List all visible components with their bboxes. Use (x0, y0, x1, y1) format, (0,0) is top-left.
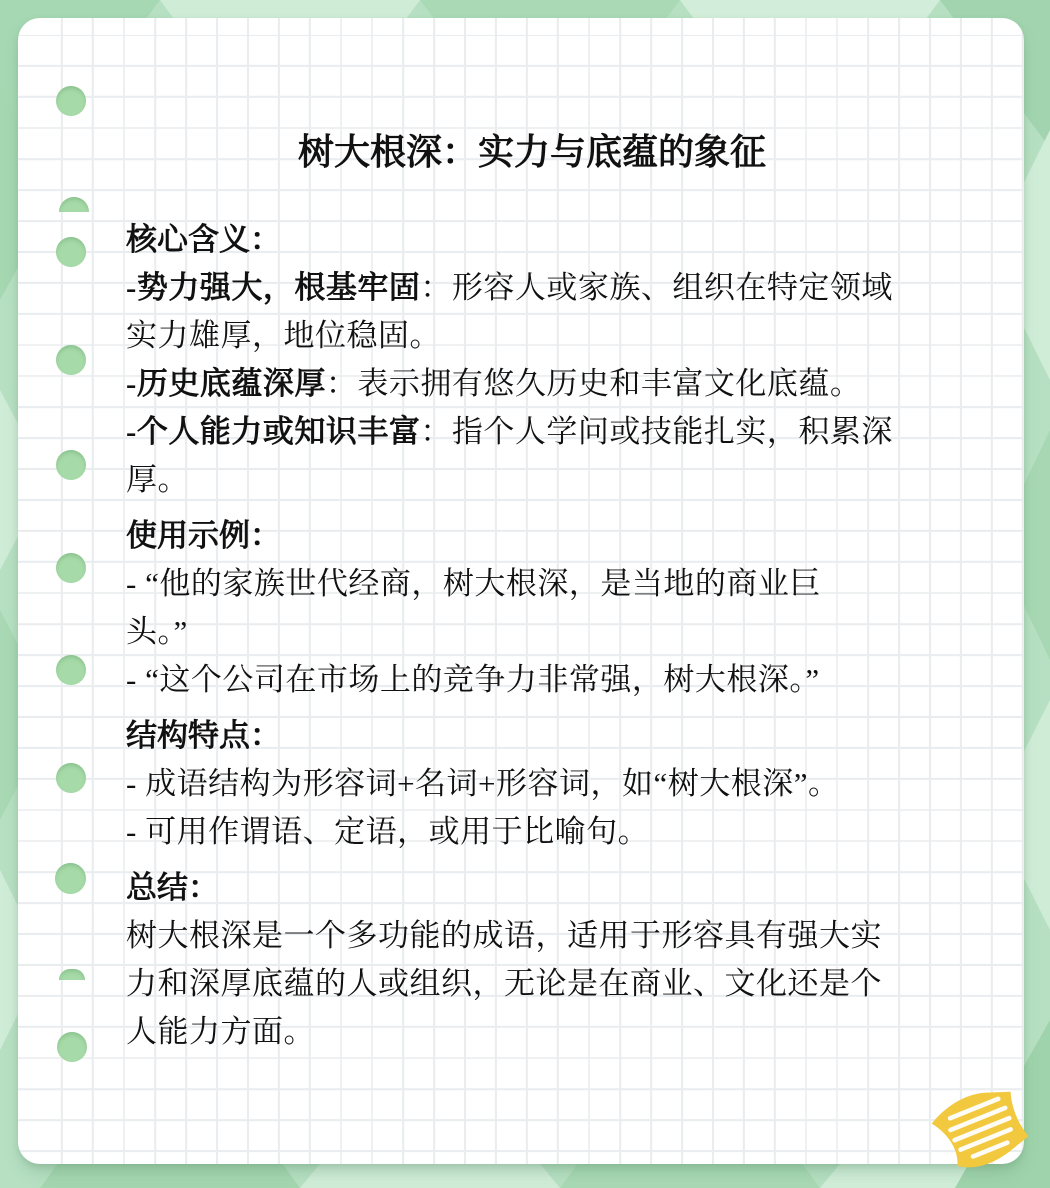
section-heading: 使用示例： (126, 512, 938, 560)
section-heading: 核心含义： (126, 216, 938, 264)
text-line: -势力强大，根基牢固：形容人或家族、组织在特定领域 (126, 264, 938, 312)
bold-term: -个人能力或知识丰富 (126, 414, 420, 449)
binder-hole-icon (56, 345, 86, 375)
binder-hole-icon (59, 969, 85, 980)
binder-hole-icon (56, 553, 86, 583)
text-line: - “他的家族世代经商，树大根深，是当地的商业巨 (126, 560, 938, 608)
binder-hole-icon (56, 237, 86, 267)
text-line: 树大根深是一个多功能的成语，适用于形容具有强大实 (126, 912, 938, 960)
text-line: - 可用作谓语、定语，或用于比喻句。 (126, 808, 938, 856)
text-run: 力和深厚底蕴的人或组织，无论是在商业、文化还是个 (126, 966, 882, 1001)
section-heading: 结构特点： (126, 712, 938, 760)
text-line: - 成语结构为形容词+名词+形容词，如“树大根深”。 (126, 760, 938, 808)
text-run: 厚。 (126, 462, 189, 497)
text-run: 实力雄厚，地位稳固。 (126, 318, 441, 353)
binder-hole-icon (56, 86, 86, 116)
text-line: - “这个公司在市场上的竞争力非常强，树大根深。” (126, 656, 938, 704)
binder-hole-icon (56, 655, 86, 685)
section-heading: 总结： (126, 864, 938, 912)
text-run: 树大根深是一个多功能的成语，适用于形容具有强大实 (126, 918, 882, 953)
text-line: 力和深厚底蕴的人或组织，无论是在商业、文化还是个 (126, 960, 938, 1008)
binder-hole-icon (56, 763, 86, 793)
text-run: - “他的家族世代经商，树大根深，是当地的商业巨 (126, 566, 821, 601)
bold-term: -历史底蕴深厚 (126, 366, 326, 401)
binder-hole-icon (56, 450, 86, 480)
text-line: 厚。 (126, 456, 938, 504)
note-paper-icon (920, 1076, 1040, 1188)
text-run: 头。” (126, 614, 188, 649)
text-run: - 成语结构为形容词+名词+形容词，如“树大根深”。 (126, 766, 840, 801)
text-run: 人能力方面。 (126, 1014, 315, 1049)
page-background: 树大根深：实力与底蕴的象征 核心含义：-势力强大，根基牢固：形容人或家族、组织在… (0, 0, 1050, 1188)
page-title: 树大根深：实力与底蕴的象征 (126, 130, 938, 174)
note-card: 树大根深：实力与底蕴的象征 核心含义：-势力强大，根基牢固：形容人或家族、组织在… (18, 18, 1024, 1164)
text-run: - 可用作谓语、定语，或用于比喻句。 (126, 814, 649, 849)
note-content: 树大根深：实力与底蕴的象征 核心含义：-势力强大，根基牢固：形容人或家族、组织在… (126, 18, 938, 1056)
text-line: -历史底蕴深厚：表示拥有悠久历史和丰富文化底蕴。 (126, 360, 938, 408)
text-run: - “这个公司在市场上的竞争力非常强，树大根深。” (126, 662, 820, 697)
text-line: 人能力方面。 (126, 1008, 938, 1056)
text-run: ：表示拥有悠久历史和丰富文化底蕴。 (326, 366, 862, 401)
text-line: 实力雄厚，地位稳固。 (126, 312, 938, 360)
text-run: ：指个人学问或技能扎实，积累深 (420, 414, 893, 449)
text-run: ：形容人或家族、组织在特定领域 (420, 270, 893, 305)
note-sections: 核心含义：-势力强大，根基牢固：形容人或家族、组织在特定领域实力雄厚，地位稳固。… (126, 216, 938, 1056)
binder-hole-icon (57, 1032, 87, 1062)
binder-hole-icon (55, 863, 86, 894)
text-line: -个人能力或知识丰富：指个人学问或技能扎实，积累深 (126, 408, 938, 456)
bold-term: -势力强大，根基牢固 (126, 270, 420, 305)
text-line: 头。” (126, 608, 938, 656)
